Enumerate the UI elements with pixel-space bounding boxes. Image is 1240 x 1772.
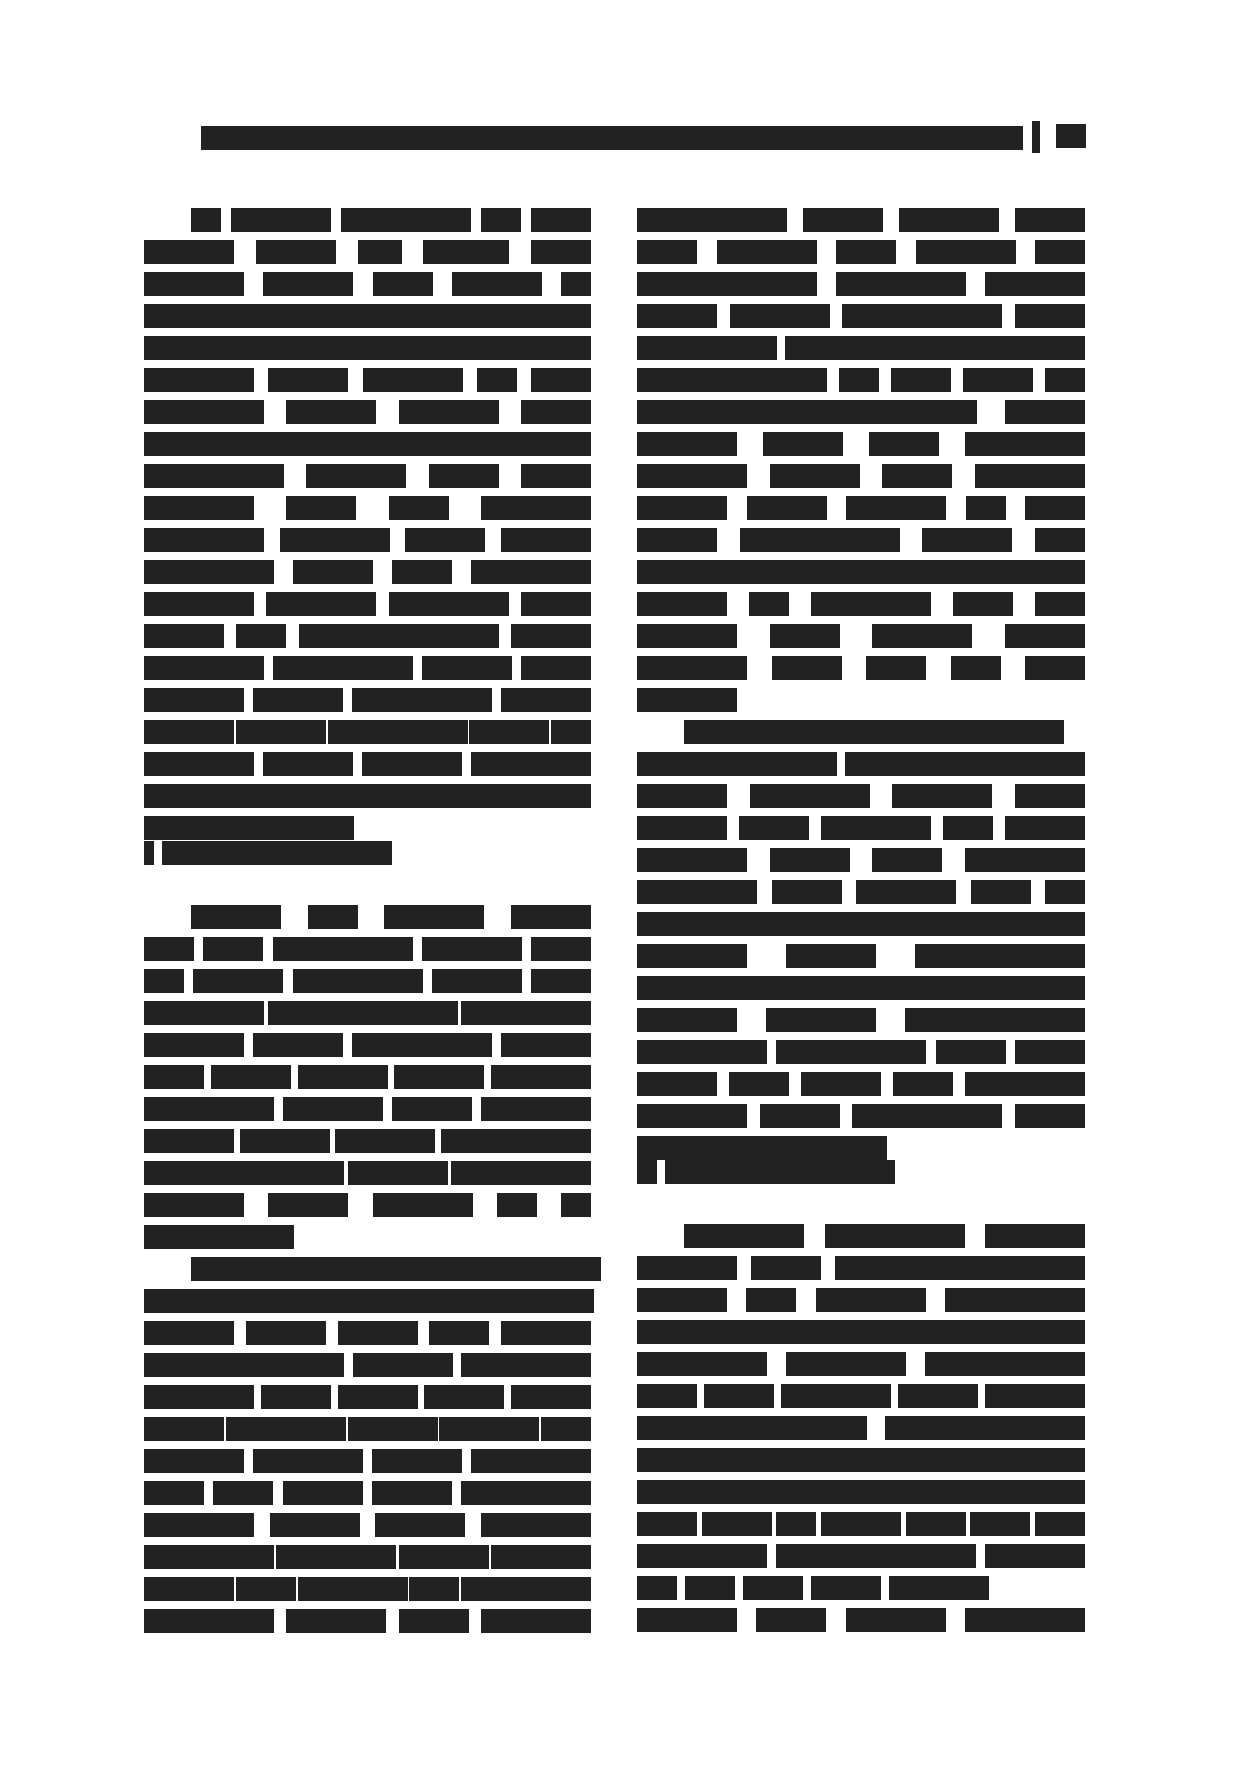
text-line — [144, 304, 591, 328]
redacted-word — [144, 1385, 254, 1409]
redacted-word — [422, 937, 522, 961]
redacted-word — [561, 1193, 591, 1217]
redacted-word — [268, 1193, 348, 1217]
redacted-word — [373, 272, 433, 296]
text-line — [637, 1136, 1085, 1160]
text-line — [144, 720, 591, 744]
redacted-word — [224, 1289, 314, 1313]
redacted-word — [144, 1225, 294, 1249]
redacted-word — [637, 784, 727, 808]
redacted-word — [283, 1097, 383, 1121]
redacted-word — [144, 1193, 244, 1217]
redacted-word — [521, 400, 591, 424]
redacted-word — [763, 432, 843, 456]
redacted-word — [637, 432, 737, 456]
redacted-word — [236, 624, 286, 648]
redacted-word — [144, 841, 154, 865]
redacted-word — [637, 1512, 697, 1536]
redacted-word — [273, 937, 413, 961]
redacted-word — [906, 1512, 966, 1536]
redacted-word — [280, 528, 390, 552]
redacted-word — [846, 496, 946, 520]
redacted-word — [916, 240, 1016, 264]
text-line — [144, 400, 591, 424]
redacted-word — [328, 720, 468, 744]
redacted-word — [335, 1129, 435, 1153]
redacted-word — [963, 368, 1033, 392]
redacted-word — [481, 1513, 591, 1537]
redacted-word — [144, 304, 591, 328]
redacted-word — [740, 528, 900, 552]
redacted-word — [637, 944, 747, 968]
redacted-word — [338, 1321, 418, 1345]
redacted-word — [749, 592, 789, 616]
redacted-word — [869, 432, 939, 456]
redacted-word — [747, 496, 827, 520]
redacted-word — [461, 1001, 591, 1025]
redacted-word — [521, 656, 591, 680]
redacted-word — [144, 1449, 244, 1473]
redacted-word — [776, 1544, 976, 1568]
redacted-word — [1015, 784, 1085, 808]
text-line — [144, 1353, 591, 1377]
redacted-word — [965, 432, 1085, 456]
text-line — [144, 1225, 591, 1249]
redacted-word — [144, 816, 354, 840]
redacted-word — [729, 1072, 789, 1096]
text-line — [144, 1161, 591, 1185]
redacted-word — [298, 1065, 388, 1089]
redacted-word — [144, 464, 284, 488]
redacted-word — [637, 688, 737, 712]
redacted-word — [424, 1289, 554, 1313]
redacted-word — [781, 1384, 891, 1408]
text-line — [637, 1320, 1085, 1344]
right-section-heading — [637, 1160, 1085, 1192]
text-line — [637, 464, 1085, 488]
text-line — [637, 1448, 1085, 1472]
text-line — [144, 240, 591, 264]
text-line — [637, 1072, 1085, 1096]
redacted-word — [144, 1097, 274, 1121]
left-paragraph-1 — [144, 208, 591, 840]
redacted-word — [821, 816, 931, 840]
redacted-word — [1015, 1040, 1085, 1064]
text-line — [637, 400, 1085, 424]
redacted-word — [144, 1545, 274, 1569]
redacted-word — [892, 784, 992, 808]
redacted-word — [637, 336, 777, 360]
text-line — [144, 432, 591, 456]
redacted-word — [389, 592, 509, 616]
right-column — [637, 208, 1085, 720]
redacted-word — [511, 1385, 591, 1409]
redacted-word — [1025, 656, 1085, 680]
redacted-word — [637, 624, 737, 648]
redacted-word — [211, 1065, 291, 1089]
text-line — [144, 368, 591, 392]
redacted-word — [441, 1129, 591, 1153]
redacted-word — [286, 400, 376, 424]
redacted-word — [953, 592, 1013, 616]
text-line — [144, 937, 591, 961]
redacted-word — [561, 272, 591, 296]
redacted-word — [373, 1193, 473, 1217]
redacted-word — [481, 1097, 591, 1121]
redacted-word — [293, 969, 423, 993]
redacted-word — [965, 1072, 1085, 1096]
redacted-word — [348, 1417, 438, 1441]
text-line — [637, 1416, 1085, 1440]
text-line — [637, 624, 1085, 648]
redacted-word — [637, 848, 747, 872]
redacted-word — [872, 624, 972, 648]
redacted-word — [461, 1481, 591, 1505]
text-line — [144, 208, 591, 232]
right-paragraph-1 — [637, 208, 1085, 712]
redacted-word — [358, 240, 402, 264]
redacted-word — [760, 1104, 840, 1128]
redacted-word — [144, 656, 264, 680]
redacted-word — [1015, 208, 1085, 232]
redacted-word — [770, 848, 850, 872]
text-line — [637, 1384, 1085, 1408]
redacted-word — [348, 1161, 448, 1185]
redacted-word — [375, 1513, 465, 1537]
redacted-word — [637, 976, 1085, 1000]
running-title — [201, 126, 1023, 150]
redacted-word — [786, 944, 876, 968]
redacted-word — [381, 1257, 601, 1281]
text-line — [637, 912, 1085, 936]
text-line — [144, 841, 591, 865]
text-line — [144, 656, 591, 680]
redacted-word — [144, 1321, 234, 1345]
redacted-word — [501, 688, 591, 712]
redacted-word — [521, 592, 591, 616]
redacted-word — [261, 1385, 331, 1409]
text-line — [637, 560, 1085, 584]
redacted-word — [193, 969, 283, 993]
redacted-word — [481, 496, 591, 520]
redacted-word — [253, 688, 343, 712]
page-number — [1056, 124, 1086, 148]
redacted-word — [1045, 880, 1085, 904]
redacted-word — [481, 1609, 591, 1633]
redacted-word — [511, 905, 591, 929]
redacted-word — [945, 1288, 1085, 1312]
redacted-word — [236, 720, 326, 744]
redacted-word — [637, 208, 787, 232]
redacted-word — [409, 1577, 459, 1601]
redacted-word — [637, 1136, 887, 1160]
redacted-word — [429, 464, 499, 488]
redacted-word — [835, 1256, 1085, 1280]
redacted-word — [637, 304, 717, 328]
redacted-word — [236, 1577, 296, 1601]
redacted-word — [637, 1608, 737, 1632]
running-head-separator — [1032, 121, 1040, 153]
redacted-word — [898, 1384, 978, 1408]
redacted-word — [501, 1321, 591, 1345]
redacted-word — [531, 208, 591, 232]
text-line — [144, 784, 591, 808]
redacted-word — [422, 656, 512, 680]
redacted-word — [429, 1321, 489, 1345]
redacted-word — [1005, 400, 1085, 424]
text-line — [637, 1608, 1085, 1632]
redacted-word — [372, 1481, 452, 1505]
text-line — [144, 560, 591, 584]
redacted-word — [751, 1256, 821, 1280]
redacted-word — [739, 816, 809, 840]
text-line — [637, 336, 1085, 360]
text-line — [637, 432, 1085, 456]
redacted-word — [191, 905, 281, 929]
redacted-word — [144, 432, 591, 456]
redacted-word — [746, 1288, 796, 1312]
text-line — [637, 752, 1085, 776]
text-line — [144, 1385, 591, 1409]
redacted-word — [821, 1512, 901, 1536]
redacted-word — [770, 464, 860, 488]
redacted-word — [363, 368, 463, 392]
redacted-word — [1035, 1512, 1085, 1536]
redacted-word — [985, 1384, 1085, 1408]
redacted-word — [985, 1544, 1085, 1568]
redacted-word — [541, 1417, 591, 1441]
redacted-word — [554, 1289, 594, 1313]
redacted-word — [144, 336, 591, 360]
redacted-word — [637, 464, 747, 488]
text-line — [637, 592, 1085, 616]
redacted-word — [231, 208, 331, 232]
text-line — [144, 688, 591, 712]
redacted-word — [423, 240, 509, 264]
redacted-word — [353, 1353, 453, 1377]
text-line — [144, 1097, 591, 1121]
redacted-word — [684, 1224, 804, 1248]
redacted-word — [637, 1288, 727, 1312]
redacted-word — [966, 496, 1006, 520]
redacted-word — [341, 208, 471, 232]
redacted-word — [144, 1609, 274, 1633]
redacted-word — [637, 496, 727, 520]
redacted-word — [253, 1033, 343, 1057]
text-line — [144, 1481, 591, 1505]
text-line — [144, 272, 591, 296]
redacted-word — [893, 1072, 953, 1096]
redacted-word — [811, 592, 931, 616]
redacted-word — [1025, 496, 1085, 520]
text-line — [637, 944, 1085, 968]
redacted-word — [394, 1065, 484, 1089]
redacted-word — [491, 1545, 591, 1569]
text-line — [637, 1512, 1085, 1536]
redacted-word — [915, 944, 1085, 968]
redacted-word — [637, 1416, 867, 1440]
redacted-word — [845, 752, 1085, 776]
redacted-word — [144, 1289, 224, 1313]
redacted-word — [772, 880, 842, 904]
redacted-word — [451, 1161, 591, 1185]
text-line — [637, 208, 1085, 232]
redacted-word — [424, 1385, 504, 1409]
redacted-word — [461, 1577, 591, 1601]
redacted-word — [191, 208, 221, 232]
redacted-word — [276, 1545, 396, 1569]
redacted-word — [811, 1576, 881, 1600]
redacted-word — [951, 656, 1001, 680]
document-page — [0, 0, 1240, 1772]
redacted-word — [144, 784, 591, 808]
text-line — [637, 528, 1085, 552]
redacted-word — [1005, 816, 1085, 840]
redacted-word — [717, 240, 817, 264]
redacted-word — [144, 368, 254, 392]
redacted-word — [637, 528, 717, 552]
redacted-word — [730, 304, 830, 328]
redacted-word — [704, 1384, 774, 1408]
text-line — [144, 496, 591, 520]
text-line — [637, 1256, 1085, 1280]
text-line — [144, 1513, 591, 1537]
redacted-word — [144, 1033, 244, 1057]
text-line — [144, 592, 591, 616]
redacted-word — [637, 880, 757, 904]
redacted-word — [461, 1353, 591, 1377]
redacted-word — [263, 752, 353, 776]
redacted-word — [144, 240, 234, 264]
redacted-word — [246, 1321, 326, 1345]
redacted-word — [144, 1577, 234, 1601]
redacted-word — [891, 368, 951, 392]
redacted-word — [256, 240, 336, 264]
redacted-word — [1035, 240, 1085, 264]
text-line — [637, 720, 1085, 744]
redacted-word — [872, 848, 942, 872]
text-line — [144, 1001, 591, 1025]
redacted-word — [144, 720, 234, 744]
redacted-word — [965, 1608, 1085, 1632]
redacted-word — [637, 1384, 697, 1408]
redacted-word — [273, 656, 413, 680]
redacted-word — [637, 1256, 737, 1280]
redacted-word — [471, 1449, 591, 1473]
redacted-word — [750, 784, 870, 808]
right-paragraph-3 — [637, 1224, 1085, 1640]
left-column — [144, 208, 591, 848]
redacted-word — [770, 624, 840, 648]
redacted-word — [144, 969, 184, 993]
redacted-word — [985, 272, 1085, 296]
redacted-word — [637, 1352, 767, 1376]
text-line — [144, 464, 591, 488]
redacted-word — [637, 656, 747, 680]
text-line — [637, 1224, 1085, 1248]
redacted-word — [144, 937, 194, 961]
redacted-word — [144, 528, 264, 552]
redacted-word — [772, 656, 842, 680]
redacted-word — [856, 880, 956, 904]
redacted-word — [1045, 368, 1085, 392]
text-line — [144, 1257, 591, 1281]
redacted-word — [144, 1481, 204, 1505]
left-section-heading — [144, 841, 591, 873]
redacted-word — [338, 1385, 418, 1409]
text-line — [144, 624, 591, 648]
redacted-word — [399, 1609, 469, 1633]
redacted-word — [743, 1576, 803, 1600]
redacted-word — [786, 1352, 906, 1376]
redacted-word — [144, 1161, 344, 1185]
redacted-word — [162, 841, 392, 865]
text-line — [144, 1065, 591, 1089]
redacted-word — [501, 1033, 591, 1057]
text-line — [637, 880, 1085, 904]
redacted-word — [637, 1448, 1085, 1472]
redacted-word — [268, 1001, 458, 1025]
redacted-word — [637, 912, 1085, 936]
redacted-word — [684, 720, 1064, 744]
redacted-word — [852, 1104, 1002, 1128]
left-paragraph-3 — [144, 1257, 591, 1641]
redacted-word — [299, 624, 499, 648]
text-line — [637, 304, 1085, 328]
text-line — [144, 752, 591, 776]
redacted-word — [491, 1065, 591, 1089]
redacted-word — [144, 752, 254, 776]
running-head — [201, 124, 1085, 156]
redacted-word — [352, 1033, 492, 1057]
redacted-word — [144, 1065, 204, 1089]
redacted-word — [399, 400, 499, 424]
redacted-word — [469, 720, 549, 744]
redacted-word — [286, 1609, 386, 1633]
redacted-word — [936, 1040, 1006, 1064]
text-line — [637, 240, 1085, 264]
redacted-word — [637, 592, 727, 616]
redacted-word — [637, 1576, 677, 1600]
redacted-word — [866, 656, 926, 680]
redacted-word — [702, 1512, 772, 1536]
redacted-word — [144, 1513, 254, 1537]
redacted-word — [191, 1257, 381, 1281]
redacted-word — [776, 1512, 816, 1536]
redacted-word — [399, 1545, 489, 1569]
text-line — [144, 816, 591, 840]
redacted-word — [471, 752, 591, 776]
redacted-word — [362, 752, 462, 776]
redacted-word — [405, 528, 485, 552]
redacted-word — [144, 688, 244, 712]
redacted-word — [637, 1320, 1085, 1344]
right-paragraph-2 — [637, 720, 1085, 1168]
redacted-word — [785, 336, 1085, 360]
redacted-word — [452, 272, 542, 296]
text-line — [144, 1545, 591, 1569]
redacted-word — [471, 560, 591, 584]
redacted-word — [685, 1576, 735, 1600]
text-line — [637, 272, 1085, 296]
text-line — [144, 1033, 591, 1057]
redacted-word — [836, 240, 896, 264]
text-line — [637, 368, 1085, 392]
text-line — [637, 1160, 1085, 1184]
redacted-word — [144, 496, 254, 520]
redacted-word — [144, 560, 274, 584]
redacted-word — [836, 272, 966, 296]
